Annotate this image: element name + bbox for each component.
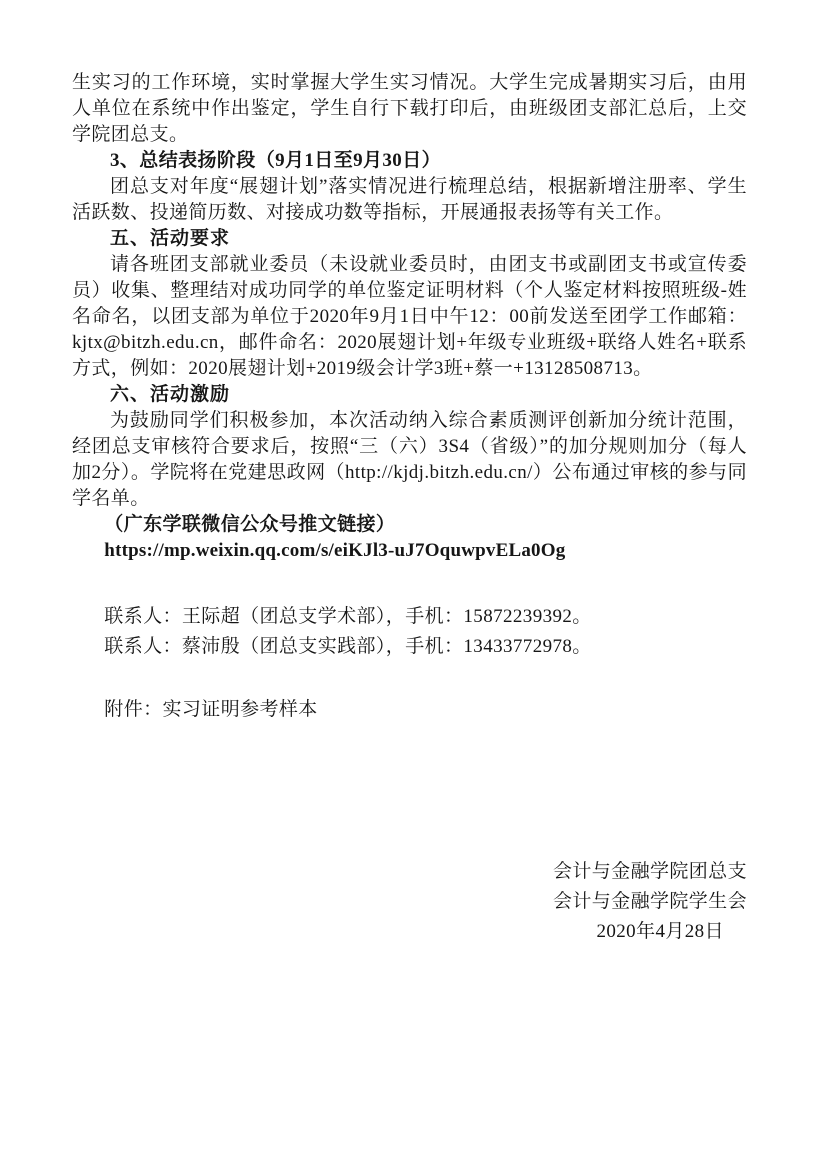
document-page: 生实习的工作环境，实时掌握大学生实习情况。大学生完成暑期实习后，由用人单位在系统… [0,0,827,1169]
section-5-body: 请各班团支部就业委员（未设就业委员时，由团支书或副团支书或宣传委员）收集、整理结… [72,252,747,382]
wechat-link-label: （广东学联微信公众号推文链接） [72,512,747,538]
signature-date: 2020年4月28日 [72,917,747,947]
attachment-line: 附件：实习证明参考样本 [72,697,747,723]
contact-line-1: 联系人：王际超（团总支学术部），手机：15872239392。 [72,602,747,632]
section-3-heading: 3、总结表扬阶段（9月1日至9月30日） [72,148,747,174]
spacer [72,564,747,602]
section-5-heading: 五、活动要求 [72,226,747,252]
spacer [72,662,747,697]
section-6-heading: 六、活动激励 [72,382,747,408]
signature-org-2: 会计与金融学院学生会 [72,887,747,917]
signature-block: 会计与金融学院团总支 会计与金融学院学生会 2020年4月28日 [72,857,747,947]
spacer [72,723,747,857]
signature-org-1: 会计与金融学院团总支 [72,857,747,887]
wechat-link-url: https://mp.weixin.qq.com/s/eiKJl3-uJ7Oqu… [72,538,747,564]
paragraph-continuation: 生实习的工作环境，实时掌握大学生实习情况。大学生完成暑期实习后，由用人单位在系统… [72,70,747,148]
section-6-body: 为鼓励同学们积极参加，本次活动纳入综合素质测评创新加分统计范围，经团总支审核符合… [72,408,747,512]
contact-line-2: 联系人：蔡沛殷（团总支实践部），手机：13433772978。 [72,632,747,662]
section-3-body: 团总支对年度“展翅计划”落实情况进行梳理总结，根据新增注册率、学生活跃数、投递简… [72,174,747,226]
